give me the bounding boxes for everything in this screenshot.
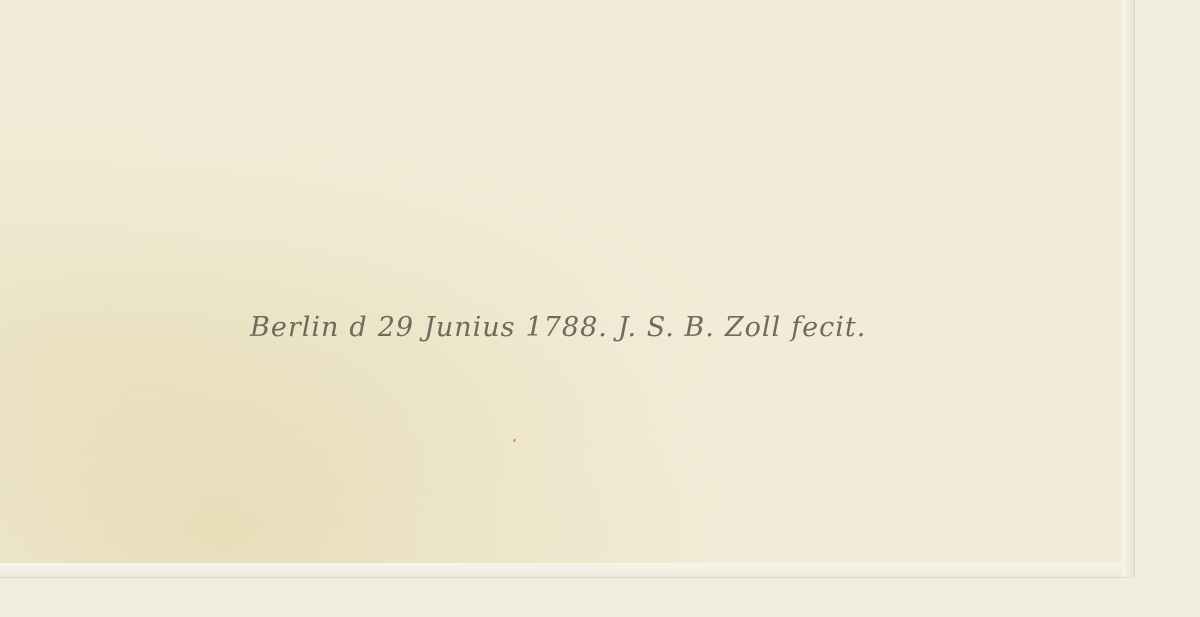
inscription-year: 1788. — [526, 312, 608, 343]
inscription-place: Berlin — [250, 312, 339, 343]
ink-speck — [513, 439, 516, 442]
mat-bevel-bottom — [0, 563, 1130, 578]
mat-bevel-right — [1122, 0, 1135, 577]
inscription-date-prefix: d — [349, 312, 367, 343]
inscription-day: 29 — [378, 312, 414, 343]
paper-sheet: Berlind29Junius1788.J. S. B.Zollfecit. — [0, 0, 1122, 563]
inscription-month: Junius — [424, 312, 515, 343]
inscription-surname: Zoll — [725, 312, 781, 343]
inscription-signature-suffix: fecit. — [791, 312, 866, 343]
handwritten-inscription: Berlind29Junius1788.J. S. B.Zollfecit. — [250, 312, 1130, 402]
inscription-initials: J. S. B. — [618, 312, 715, 343]
